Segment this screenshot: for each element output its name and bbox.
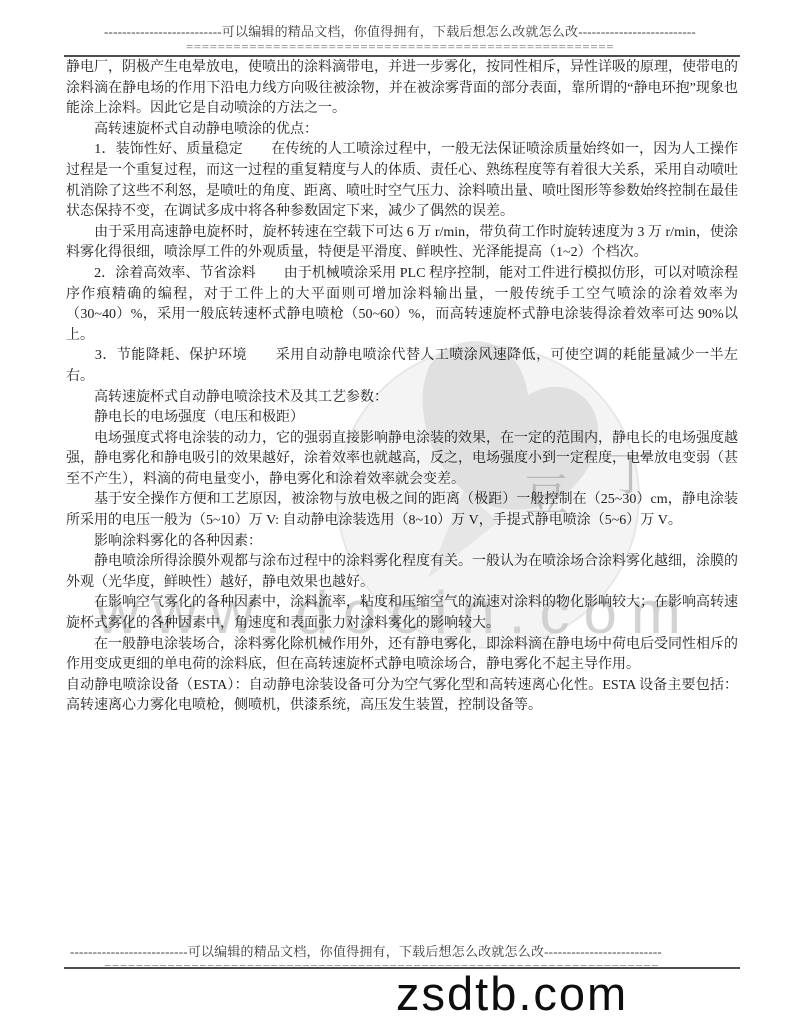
page-header: --------------------------可以编辑的精品文档，你值得拥… xyxy=(0,21,800,52)
paragraph: 高转速旋杯式自动静电喷涂的优点： xyxy=(66,120,738,141)
header-equals-line: ========================================… xyxy=(0,41,800,52)
paragraph: 自动静电喷涂设备（ESTA）：自动静电涂装设备可分为空气雾化型和高转速离心化性。… xyxy=(66,676,738,717)
paragraph: 电场强度式将电涂装的动力，它的强弱直接影响静电涂装的效果，在一定的范围内，静电长… xyxy=(66,429,738,491)
paragraph: 2．涂着高效率、节省涂料 由于机械喷涂采用 PLC 程序控制，能对工件进行模拟仿… xyxy=(66,264,738,346)
paragraph: 静电长的电场强度（电压和极距） xyxy=(66,408,738,429)
footer-notice: --------------------------可以编辑的精品文档，你值得拥… xyxy=(70,941,662,960)
site-domain: zsdtb.com xyxy=(396,966,628,1021)
paragraph: 1．装饰性好、质量稳定 在传统的人工喷涂过程中，一般无法保证喷涂质量始终如一，因… xyxy=(66,140,738,222)
paragraph: 影响涂料雾化的各种因素： xyxy=(66,532,738,553)
paragraph: 3．节能降耗、保护环境 采用自动静电喷涂代替人工喷涂风速降低，可使空调的耗能量减… xyxy=(66,346,738,387)
document-body: 静电厂，阴极产生电晕放电，使喷出的涂料滴带电，并进一步雾化，按同性相斥，异性详吸… xyxy=(66,58,738,717)
header-notice: --------------------------可以编辑的精品文档，你值得拥… xyxy=(0,21,800,40)
paragraph: 静电厂，阴极产生电晕放电，使喷出的涂料滴带电，并进一步雾化，按同性相斥，异性详吸… xyxy=(66,58,738,120)
paragraph: 在影响空气雾化的各种因素中，涂料流率，粘度和压缩空气的流速对涂料的物化影响较大；… xyxy=(66,593,738,634)
paragraph: 静电喷涂所得涂膜外观都与涂布过程中的涂料雾化程度有关。一般认为在喷涂场合涂料雾化… xyxy=(66,552,738,593)
paragraph: 基于安全操作方便和工艺原因，被涂物与放电极之间的距离（极距）一般控制在（25~3… xyxy=(66,490,738,531)
top-divider xyxy=(64,55,740,57)
paragraph: 在一般静电涂装场合，涂料雾化除机械作用外，还有静电雾化，即涂料滴在静电场中荷电后… xyxy=(66,635,738,676)
document-page: --------------------------可以编辑的精品文档，你值得拥… xyxy=(0,0,800,1035)
paragraph: 高转速旋杯式自动静电喷涂技术及其工艺参数： xyxy=(66,388,738,409)
paragraph: 由于采用高速静电旋杯时，旋杯转速在空载下可达 6 万 r/min，带负荷工作时旋… xyxy=(66,223,738,264)
